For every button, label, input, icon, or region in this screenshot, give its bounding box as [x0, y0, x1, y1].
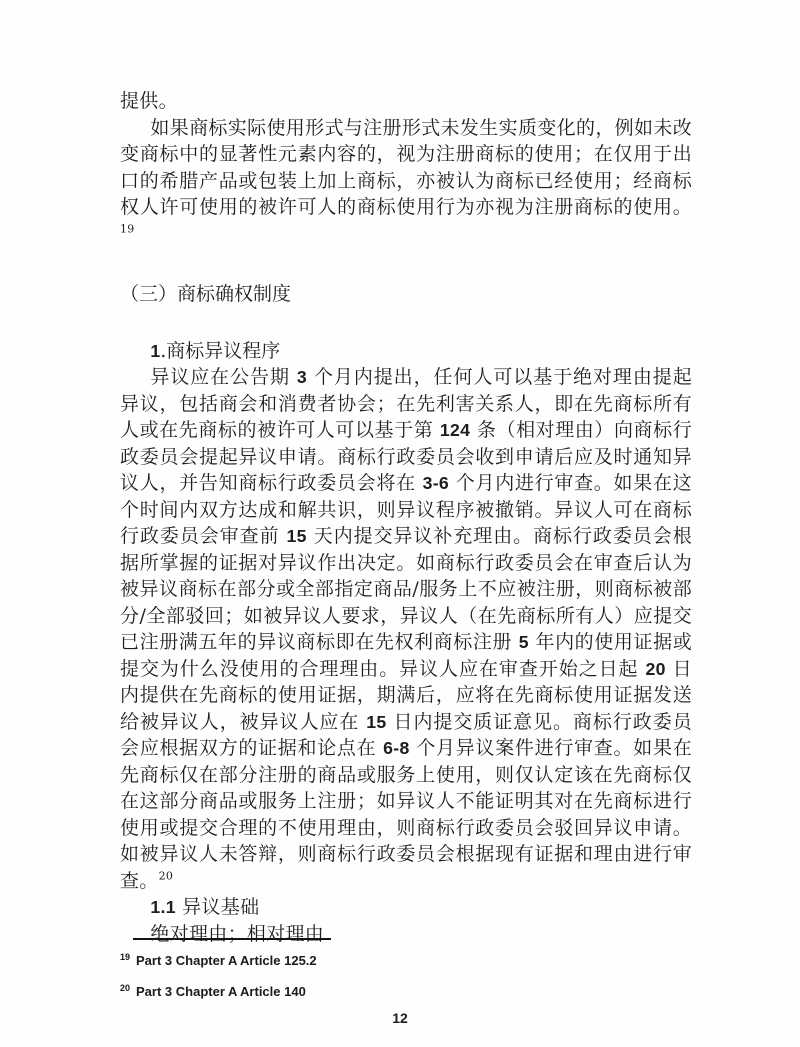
subsection-heading-opposition-basis: 1.1 异议基础	[120, 894, 692, 921]
subsection-heading-opposition-procedure: 1.商标异议程序	[120, 338, 692, 365]
footnote-20: 20Part 3 Chapter A Article 140	[120, 984, 692, 1000]
document-page: 提供。 如果商标实际使用形式与注册形式未发生实质变化的，例如未改变商标中的显著性…	[0, 0, 800, 1047]
paragraph-continuation: 提供。	[120, 88, 692, 115]
paragraph-opposition-procedure: 异议应在公告期 3 个月内提出，任何人可以基于绝对理由提起异议，包括商会和消费者…	[120, 364, 692, 894]
section-heading-trademark-confirmation: （三）商标确权制度	[120, 281, 692, 308]
footnote-19-number: 19	[120, 952, 130, 962]
paragraph-trademark-use-text: 如果商标实际使用形式与注册形式未发生实质变化的，例如未改变商标中的显著性元素内容…	[120, 117, 692, 219]
paragraph-trademark-use: 如果商标实际使用形式与注册形式未发生实质变化的，例如未改变商标中的显著性元素内容…	[120, 115, 692, 248]
footnote-ref-19: 19	[120, 222, 135, 235]
footnote-20-number: 20	[120, 983, 130, 993]
footnote-19: 19Part 3 Chapter A Article 125.2	[120, 953, 692, 969]
page-number: 12	[0, 1010, 800, 1026]
document-body: 提供。 如果商标实际使用形式与注册形式未发生实质变化的，例如未改变商标中的显著性…	[120, 88, 692, 947]
footnote-area: 19Part 3 Chapter A Article 125.2 20Part …	[120, 938, 692, 1000]
footnote-20-text: Part 3 Chapter A Article 140	[136, 984, 306, 999]
paragraph-opposition-procedure-text: 异议应在公告期 3 个月内提出，任何人可以基于绝对理由提起异议，包括商会和消费者…	[120, 366, 692, 892]
footnote-ref-20: 20	[159, 869, 174, 882]
footnote-19-text: Part 3 Chapter A Article 125.2	[136, 953, 317, 968]
footnote-separator	[133, 938, 331, 940]
